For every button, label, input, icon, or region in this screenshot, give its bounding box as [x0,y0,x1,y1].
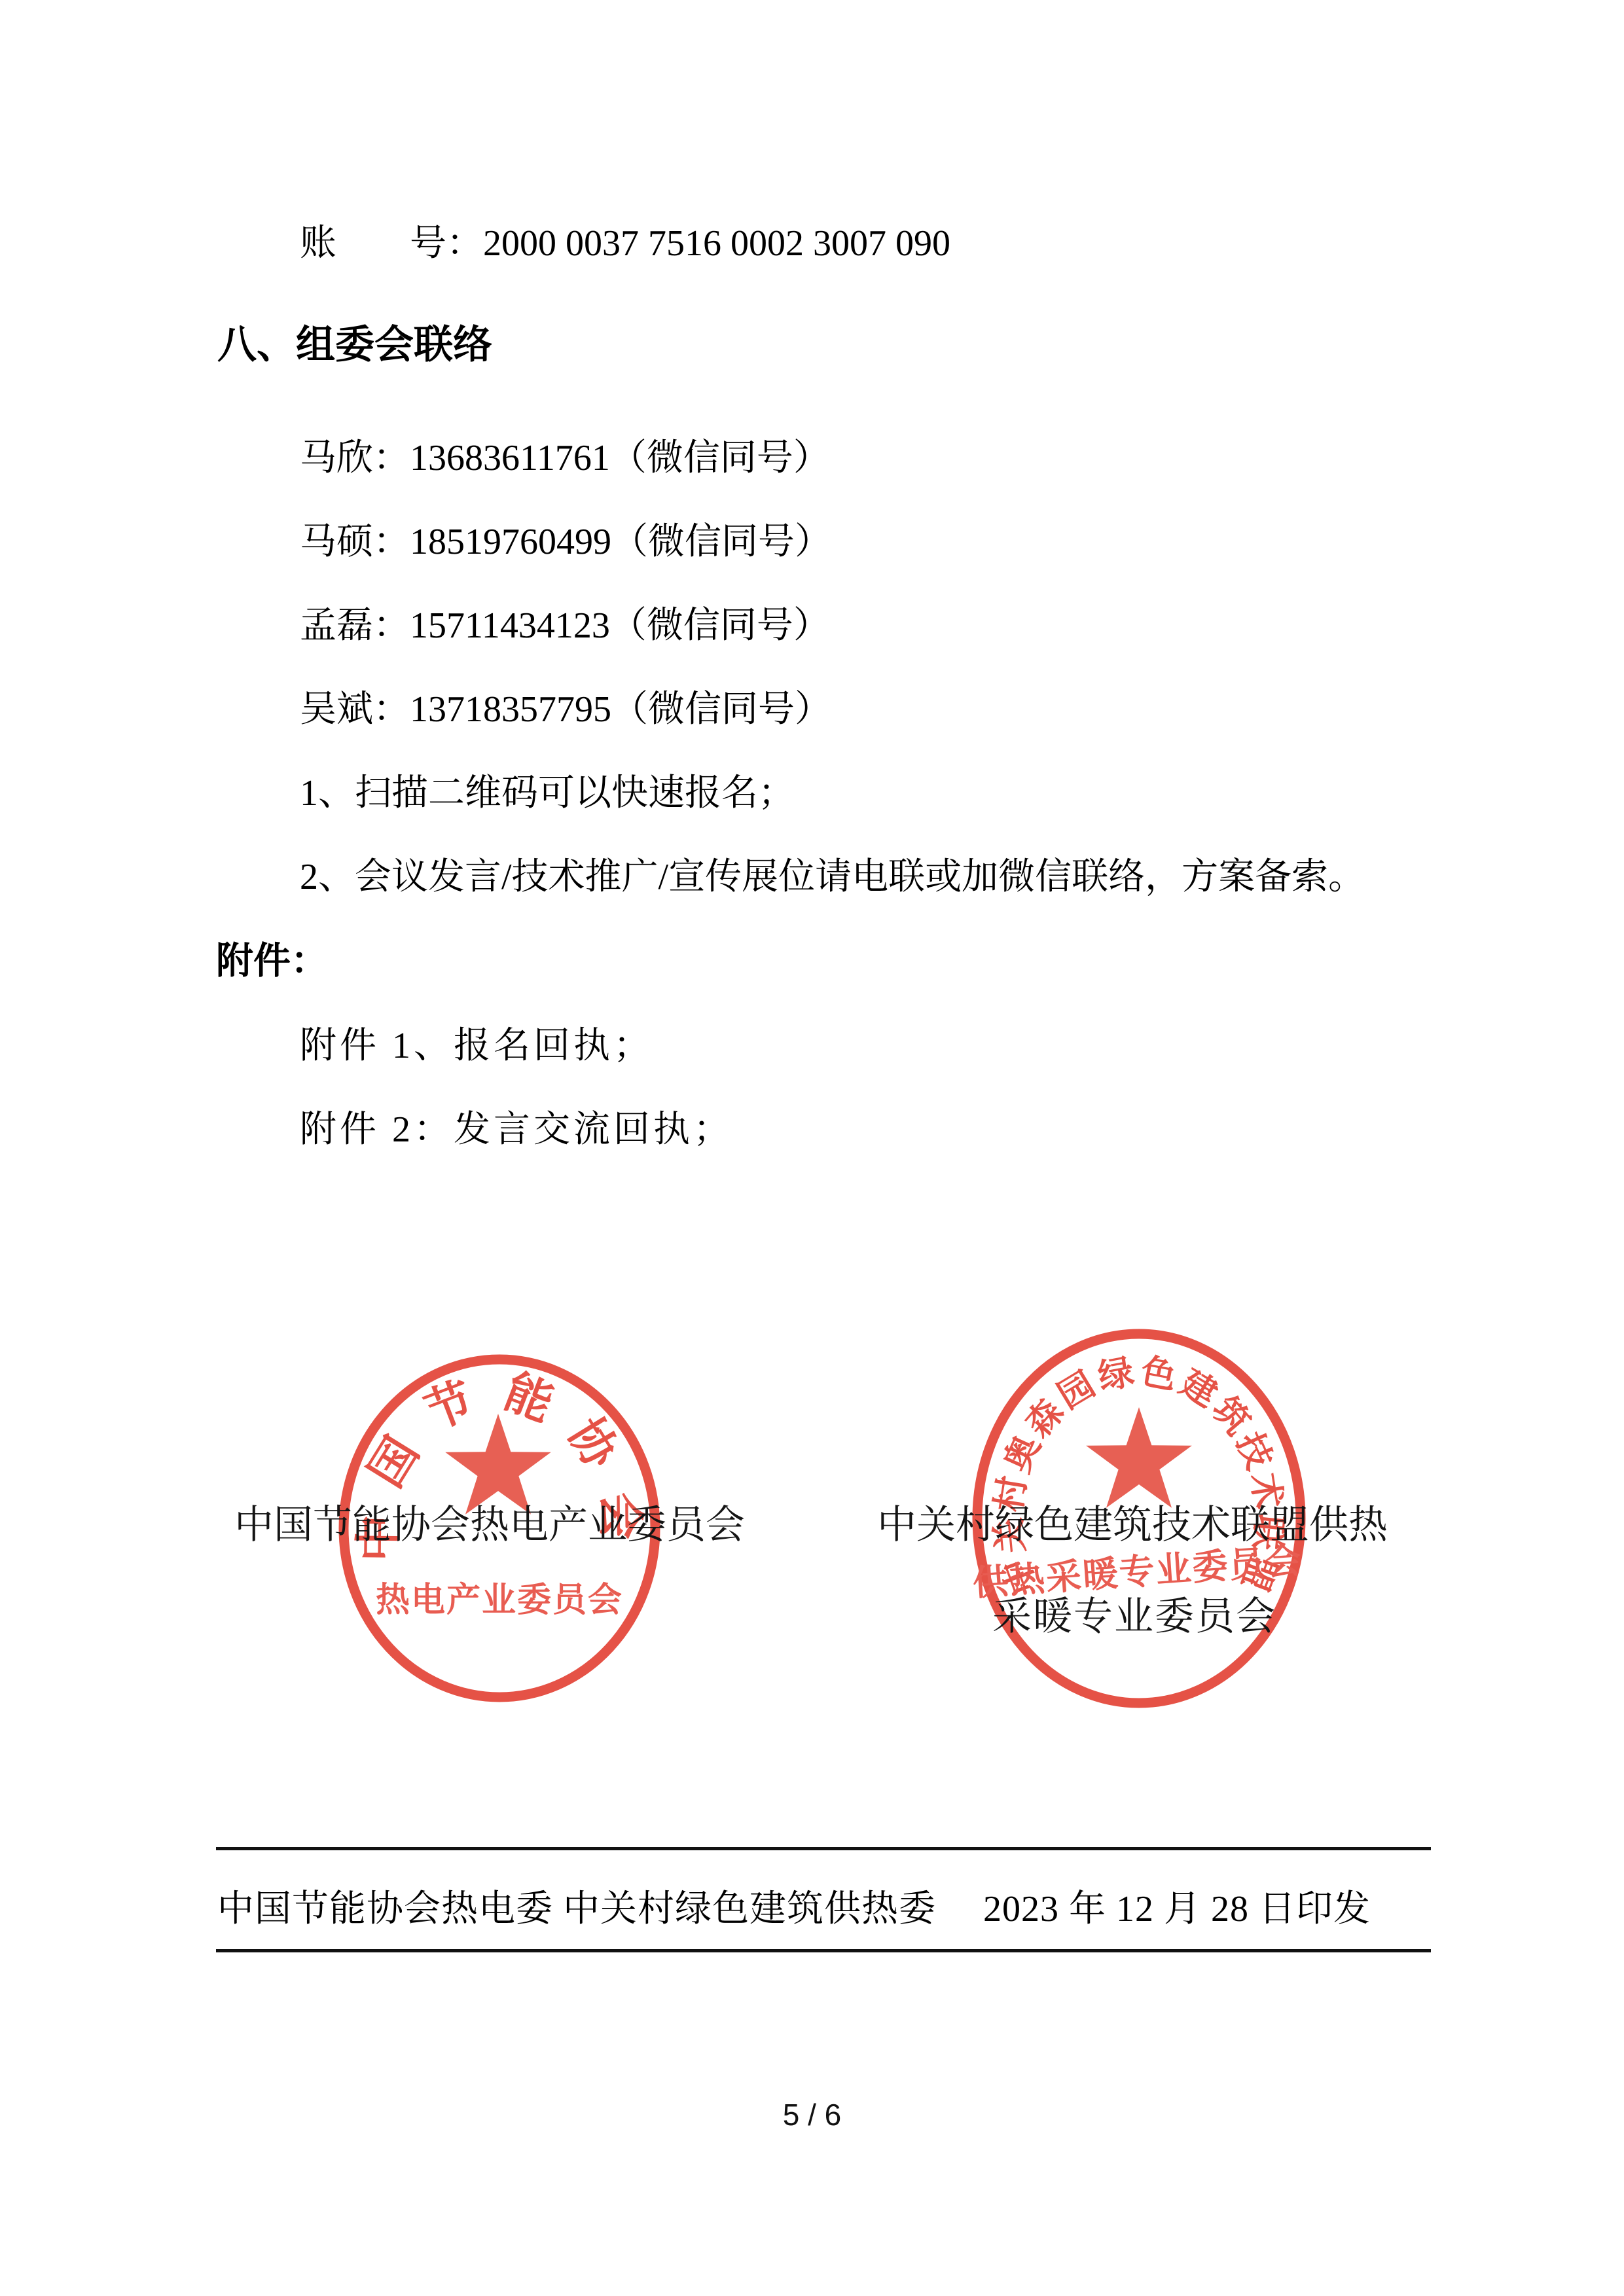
contact-line: 马硕：18519760499（微信同号） [300,521,831,563]
right-seal-star-icon [1086,1407,1192,1508]
footer-rule-bottom [216,1949,1431,1952]
document-page: 账 号：2000 0037 7516 0002 3007 090 八、组委会联络… [0,0,1624,2296]
note-line: 1、扫描二维码可以快速报名； [300,772,795,814]
attachments-label: 附件： [216,940,328,983]
right-signature-text-line2: 采暖专业委员会 [992,1585,1276,1641]
section-heading: 八、组委会联络 [217,322,492,367]
footer-rule-top [216,1847,1431,1850]
note-line: 2、会议发言/技术推广/宣传展位请电联或加微信联络，方案备索。 [300,856,1365,898]
attachment-item: 附件 2：发言交流回执； [300,1109,733,1151]
right-signature-text-line1: 中关村绿色建筑技术联盟供热 [877,1494,1388,1550]
contact-line: 孟磊：15711434123（微信同号） [300,605,830,647]
contact-line: 吴斌：13718357795（微信同号） [300,689,831,730]
left-seal-bottom-text: 热电产业委员会 [376,1581,623,1619]
page-number: 5 / 6 [0,2097,1624,2132]
left-signature-text: 中国节能协会热电产业委员会 [234,1494,745,1550]
account-number-line: 账 号：2000 0037 7516 0002 3007 090 [300,223,950,264]
attachment-item: 附件 1、报名回执； [300,1025,653,1067]
contact-line: 马欣：13683611761（微信同号） [300,437,830,479]
footer-issuer-line: 中国节能协会热电委 中关村绿色建筑供热委 2023 年 12 月 28 日印发 [217,1880,1371,1932]
